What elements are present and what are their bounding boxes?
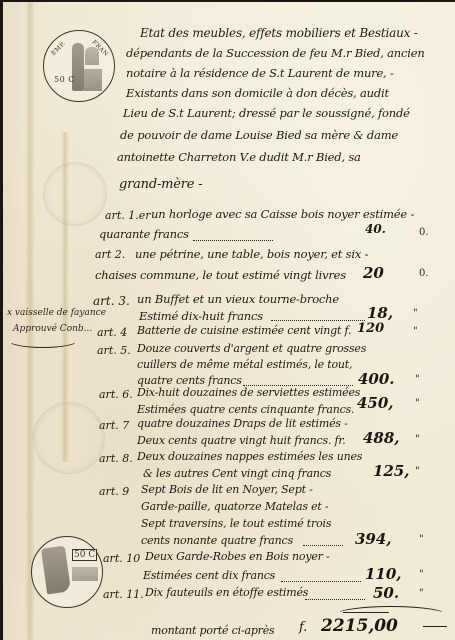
total-label: montant porté ci-après (151, 624, 274, 637)
article-9-leader-dots (303, 545, 343, 546)
article-9-line-4: cents nonante quatre francs (141, 534, 293, 547)
article-2-amount: 20 (363, 264, 384, 282)
article-11-leader-dots (305, 599, 365, 600)
header-line-5: Lieu de S.t Laurent; dressé par le souss… (123, 106, 410, 120)
article-11-line-1: Dix fauteuils en étoffe estimés (145, 586, 308, 599)
total-underline (343, 612, 389, 613)
article-10-leader-dots (281, 581, 361, 582)
article-6-number: art. 6. (99, 388, 133, 401)
article-7-number: art. 7 (99, 419, 129, 432)
header-line-6: de pouvoir de dame Louise Bied sa mère &… (120, 128, 398, 142)
article-7-line-1: quatre douzaines Draps de lit estimés - (137, 417, 348, 430)
stamp-text-left: EMP. (50, 40, 67, 57)
article-5-number: art. 5. (97, 344, 131, 357)
stamp-column-icon (72, 567, 98, 581)
article-8-line-1: Deux douzaines nappes estimées les unes (137, 450, 362, 463)
article-11-number: art. 11. (103, 588, 144, 601)
total-currency: f. (299, 620, 307, 635)
article-1-amount: 40. (365, 222, 386, 236)
article-2-line-1: une pétrine, une table, bois noyer, et s… (135, 247, 368, 261)
header-line-4: Existants dans son domicile à don décès,… (126, 86, 389, 100)
article-3-line-1: un Buffet et un vieux tourne-broche (137, 292, 339, 306)
article-1-cents: 0. (419, 227, 429, 238)
article-6-amount: 450, (357, 394, 394, 412)
article-8-cents: " (415, 466, 420, 477)
article-5-cents: " (415, 374, 420, 385)
article-6-line-1: Dix-huit douzaines de serviettes estimée… (137, 386, 360, 399)
article-4-number: art. 4 (97, 326, 127, 339)
article-11-amount: 50. (373, 584, 399, 602)
article-9-line-3: Sept traversins, le tout estimé trois (141, 517, 331, 530)
paper-fold (25, 2, 35, 640)
header-line-8: grand-mère - (119, 177, 202, 192)
article-9-line-1: Sept Bois de lit en Noyer, Sept - (141, 483, 313, 496)
stamp-tablets-icon (85, 47, 99, 65)
article-7-cents: " (415, 434, 420, 445)
article-3-amount: 18, (367, 304, 393, 322)
margin-note-flourish (7, 332, 79, 348)
article-11-cents: " (419, 588, 424, 599)
article-9-amount: 394, (355, 530, 392, 548)
margin-note-line-1: x vaisselle de fayance (7, 308, 106, 318)
stamp-value: 50 C (54, 75, 75, 84)
stamp-figure-icon (41, 546, 71, 595)
revenue-stamp-bottom: 50 C (31, 536, 103, 608)
article-10-number: art. 10 (103, 552, 140, 565)
article-4-cents: " (413, 326, 418, 337)
article-3-line-2: Estimé dix-huit francs (139, 309, 263, 323)
article-2-cents: 0. (419, 268, 429, 279)
article-1-number: art. 1.er (105, 209, 151, 222)
stamp-altar-icon (84, 69, 102, 91)
header-line-3: notaire à la résidence de S.t Laurent de… (126, 66, 394, 80)
article-7-amount: 488, (363, 429, 400, 447)
article-9-number: art. 9 (99, 485, 129, 498)
article-8-amount: 125, (373, 462, 410, 480)
article-5-amount: 400. (358, 370, 395, 388)
article-5-line-2: cuillers de même métal estimés, le tout, (137, 358, 352, 371)
total-amount: 2215,00 (321, 616, 398, 636)
article-4-line-1: Batterie de cuisine estimée cent vingt f… (137, 324, 351, 337)
article-3-leader-dots (271, 320, 365, 321)
article-4-amount: 120 (357, 321, 384, 336)
article-1-line-2: quarante francs (99, 227, 189, 241)
article-10-cents: " (419, 569, 424, 580)
article-10-amount: 110, (365, 565, 402, 583)
article-3-cents: " (413, 308, 418, 319)
document-page: EMP. FRAN 50 C 50 C Etat des meubles, ef… (3, 2, 455, 640)
header-line-7: antoinette Charreton V.e dudit M.r Bied,… (117, 150, 361, 164)
article-5-line-1: Douze couverts d'argent et quatre grosse… (137, 342, 366, 355)
article-2-line-2: chaises commune, le tout estimé vingt li… (95, 268, 346, 282)
embossed-seal-top (43, 162, 107, 226)
total-trailing-line (423, 626, 447, 627)
article-1-leader-dots (193, 240, 273, 241)
article-8-number: art. 8. (99, 452, 133, 465)
header-line-1: Etat des meubles, effets mobiliers et Be… (140, 26, 418, 40)
revenue-stamp-top: EMP. FRAN 50 C (43, 30, 115, 102)
article-3-number: art. 3. (93, 294, 130, 308)
stamp-value-box: 50 C (72, 549, 97, 561)
article-2-number: art 2. (95, 248, 125, 261)
article-10-line-2: Estimées cent dix francs (143, 569, 275, 582)
article-9-line-2: Garde-paille, quatorze Matelas et - (141, 500, 328, 513)
header-line-2: dépendants de la Succession de feu M.r B… (126, 46, 425, 60)
article-6-line-2: Estimées quatre cents cinquante francs. (137, 403, 354, 416)
article-8-line-2: & les autres Cent vingt cinq francs (143, 467, 331, 480)
article-7-line-2: Deux cents quatre vingt huit francs. fr. (137, 434, 346, 447)
article-10-line-1: Deux Garde-Robes en Bois noyer - (145, 550, 330, 563)
article-9-cents: " (419, 534, 424, 545)
article-6-cents: " (415, 398, 420, 409)
embossed-seal-middle (33, 402, 105, 474)
article-1-line-1: un horloge avec sa Caisse bois noyer est… (151, 207, 414, 221)
